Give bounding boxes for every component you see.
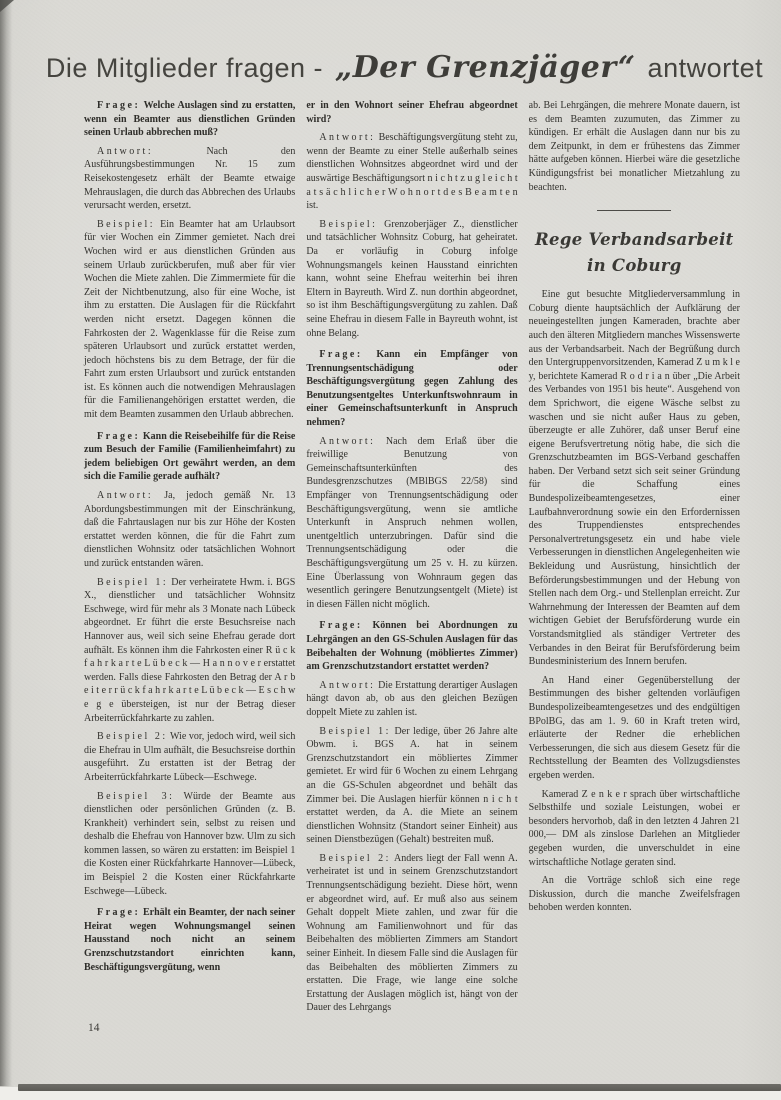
- scanned-magazine-page: Die Mitglieder fragen - „Der Grenzjäger“…: [0, 0, 781, 1100]
- column-3: ab. Bei Lehrgängen, die mehrere Monate d…: [529, 99, 740, 1015]
- body-paragraph: An Hand einer Gegenüberstellung der Best…: [529, 674, 740, 783]
- lead-label: Frage:: [97, 100, 140, 111]
- body-paragraph: Eine gut besuchte Mitgliederversammlung …: [529, 288, 740, 669]
- question-paragraph: Frage: Können bei Abordnungen zu Lehrgän…: [306, 619, 517, 673]
- column-1: Frage: Welche Auslagen sind zu erstatten…: [84, 99, 295, 1015]
- lead-label: Frage:: [97, 907, 140, 918]
- separator-rule: [597, 210, 671, 211]
- page-title: Die Mitglieder fragen - „Der Grenzjäger“…: [0, 50, 781, 85]
- question-paragraph: er in den Wohnort seiner Ehefrau abgeord…: [306, 99, 517, 126]
- title-script: „Der Grenzjäger“: [331, 50, 640, 85]
- lead-label: Frage:: [97, 431, 140, 442]
- answer-paragraph: Antwort: Beschäftigungsvergütung steht z…: [306, 131, 517, 213]
- example-paragraph: Beispiel 3: Würde der Beamte aus dienstl…: [84, 790, 295, 899]
- example-paragraph: Beispiel: Grenzoberjäger Z., dienstliche…: [306, 218, 517, 340]
- answer-paragraph: Antwort: Nach dem Erlaß über die freiwil…: [306, 435, 517, 612]
- left-edge-shadow: [0, 0, 12, 1086]
- lead-label: Beispiel:: [97, 219, 155, 230]
- body-paragraph: ab. Bei Lehrgängen, die mehrere Monate d…: [529, 99, 740, 194]
- example-paragraph: Beispiel 1: Der verheiratete Hwm. i. BGS…: [84, 576, 295, 726]
- lead-label: Beispiel 3:: [97, 791, 174, 802]
- lead-label: Antwort:: [97, 490, 153, 501]
- example-paragraph: Beispiel: Ein Beamter hat am Urlaubsort …: [84, 218, 295, 422]
- bottom-scan-bar: [18, 1084, 781, 1091]
- body-paragraph: Kamerad Z e n k e r sprach über wirtscha…: [529, 788, 740, 870]
- section-heading: Rege Verbandsarbeitin Coburg: [529, 227, 740, 279]
- example-paragraph: Beispiel 2: Anders liegt der Fall wenn A…: [306, 852, 517, 1015]
- example-paragraph: Beispiel 1: Der ledige, über 26 Jahre al…: [306, 725, 517, 847]
- lead-label: Antwort:: [319, 436, 375, 447]
- column-2: er in den Wohnort seiner Ehefrau abgeord…: [306, 99, 517, 1015]
- title-right: antwortet: [648, 53, 764, 83]
- answer-paragraph: Antwort: Ja, jedoch gemäß Nr. 13 Abordun…: [84, 489, 295, 571]
- lead-label: Beispiel 1:: [319, 726, 391, 737]
- question-paragraph: Frage: Welche Auslagen sind zu erstatten…: [84, 99, 295, 140]
- answer-paragraph: Antwort: Nach den Ausführungsbestimmunge…: [84, 145, 295, 213]
- lead-label: Frage:: [319, 620, 362, 631]
- body-paragraph: An die Vorträge schloß sich eine rege Di…: [529, 874, 740, 915]
- lead-label: Beispiel:: [319, 219, 377, 230]
- lead-label: Antwort:: [319, 132, 375, 143]
- lead-label: Beispiel 1:: [97, 577, 168, 588]
- page-number: 14: [88, 1022, 100, 1034]
- article-columns: Frage: Welche Auslagen sind zu erstatten…: [84, 99, 740, 1015]
- question-paragraph: Frage: Kann die Reisebeihilfe für die Re…: [84, 430, 295, 484]
- question-paragraph: Frage: Erhält ein Beamter, der nach sein…: [84, 906, 295, 974]
- answer-paragraph: Antwort: Die Erstattung derartiger Ausla…: [306, 679, 517, 720]
- lead-label: Beispiel 2:: [97, 731, 168, 742]
- question-paragraph: Frage: Kann ein Empfänger von Trennungse…: [306, 348, 517, 430]
- lead-label: Frage:: [319, 349, 362, 360]
- example-paragraph: Beispiel 2: Wie vor, jedoch wird, weil s…: [84, 730, 295, 784]
- title-left: Die Mitglieder fragen -: [46, 53, 323, 83]
- lead-label: Antwort:: [97, 146, 153, 157]
- lead-label: Beispiel 2:: [319, 853, 391, 864]
- lead-label: Antwort:: [319, 680, 375, 691]
